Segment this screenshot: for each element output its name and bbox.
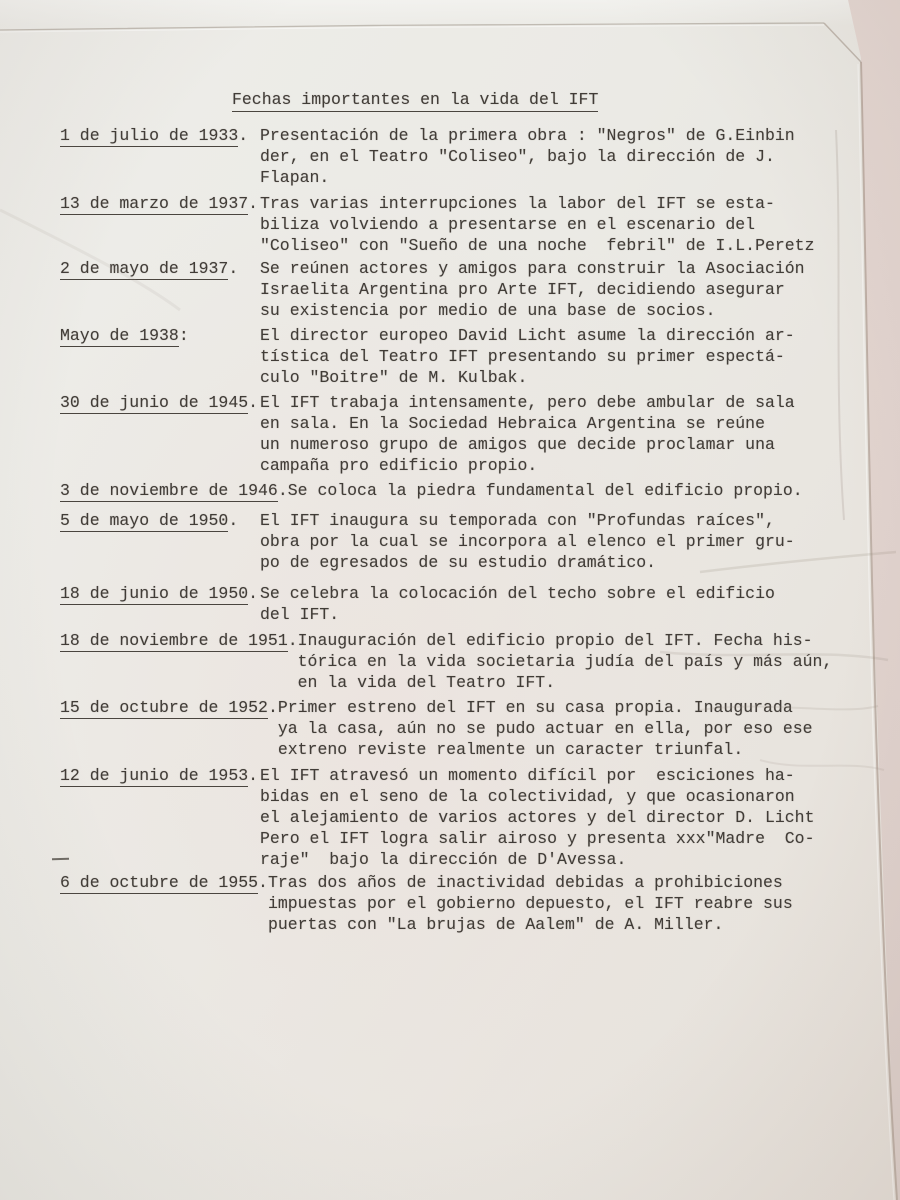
entry-body: Se celebra la colocación del techo sobre… [260,583,860,625]
entry-date-separator: . [288,631,298,650]
entry-body: El IFT trabaja intensamente, pero debe a… [260,392,860,476]
entry-date-text: 13 de marzo de 1937 [60,194,248,215]
timeline-entry: Mayo de 1938: El director europeo David … [60,325,870,388]
entry-date-text: 6 de octubre de 1955 [60,873,258,894]
entry-date-separator: : [179,326,189,345]
entry-body: Inauguración del edificio propio del IFT… [298,630,870,693]
entry-date: 12 de junio de 1953. [60,765,260,786]
entry-date-text: 15 de octubre de 1952 [60,698,268,719]
entry-body: Tras dos años de inactividad debidas a p… [268,872,868,935]
entry-body: Se reúnen actores y amigos para construi… [260,258,860,321]
entry-date: 5 de mayo de 1950. [60,510,260,531]
entry-date: 6 de octubre de 1955. [60,872,268,893]
entry-body: Primer estreno del IFT en su casa propia… [278,697,870,760]
entry-date: 15 de octubre de 1952. [60,697,278,718]
entry-date-separator: . [248,393,258,412]
page-title: Fechas importantes en la vida del IFT [232,89,598,112]
entry-date-text: 2 de mayo de 1937 [60,259,228,280]
page-content: Fechas importantes en la vida del IFT 1 … [60,89,870,935]
entry-date-separator: . [228,511,238,530]
timeline-entry: 18 de noviembre de 1951. Inauguración de… [60,630,870,693]
timeline-entry: 30 de junio de 1945. El IFT trabaja inte… [60,392,870,476]
entry-date-separator: . [268,698,278,717]
entry-body: Tras varias interrupciones la labor del … [260,193,860,256]
top-fold-highlight [0,0,856,26]
timeline-entry: 13 de marzo de 1937. Tras varias interru… [60,193,870,256]
entry-date: 30 de junio de 1945. [60,392,260,413]
entry-date-text: 3 de noviembre de 1946 [60,481,278,502]
entry-date-text: 30 de junio de 1945 [60,393,248,414]
entry-date: 18 de junio de 1950. [60,583,260,604]
timeline-entry: 3 de noviembre de 1946. Se coloca la pie… [60,480,870,501]
entry-body: El director europeo David Licht asume la… [260,325,860,388]
entry-body: El IFT inaugura su temporada con "Profun… [260,510,860,573]
entry-date-separator: . [238,126,248,145]
entry-date-separator: . [228,259,238,278]
typewritten-page: Fechas importantes en la vida del IFT 1 … [0,0,900,1200]
entry-date-text: 1 de julio de 1933 [60,126,238,147]
entry-body: Se coloca la piedra fundamental del edif… [288,480,870,501]
entry-date-separator: . [258,873,268,892]
timeline-entry: 1 de julio de 1933. Presentación de la p… [60,125,870,188]
timeline-entry: 5 de mayo de 1950. El IFT inaugura su te… [60,510,870,573]
scanned-photo: Fechas importantes en la vida del IFT 1 … [0,0,900,1200]
timeline-entry: 6 de octubre de 1955. Tras dos años de i… [60,872,870,935]
entry-date: 18 de noviembre de 1951. [60,630,298,651]
entry-date-separator: . [248,584,258,603]
timeline-entry: 15 de octubre de 1952. Primer estreno de… [60,697,870,760]
entry-date-separator: . [278,481,288,500]
entry-date-text: Mayo de 1938 [60,326,179,347]
entry-date: Mayo de 1938: [60,325,260,346]
entry-date-separator: . [248,194,258,213]
entry-date-text: 18 de noviembre de 1951 [60,631,288,652]
timeline-entry: 2 de mayo de 1937. Se reúnen actores y a… [60,258,870,321]
entry-date-text: 12 de junio de 1953 [60,766,248,787]
entry-date-separator: . [248,766,258,785]
entry-date: 13 de marzo de 1937. [60,193,260,214]
timeline-entry: 12 de junio de 1953. El IFT atravesó un … [60,765,870,870]
timeline-entry: 18 de junio de 1950. Se celebra la coloc… [60,583,870,625]
entry-date-text: 18 de junio de 1950 [60,584,248,605]
entry-body: Presentación de la primera obra : "Negro… [260,125,860,188]
entry-date-text: 5 de mayo de 1950 [60,511,228,532]
entry-date: 2 de mayo de 1937. [60,258,260,279]
entry-body: El IFT atravesó un momento difícil por e… [260,765,860,870]
entry-date: 3 de noviembre de 1946. [60,480,288,501]
entry-date: 1 de julio de 1933. [60,125,260,146]
